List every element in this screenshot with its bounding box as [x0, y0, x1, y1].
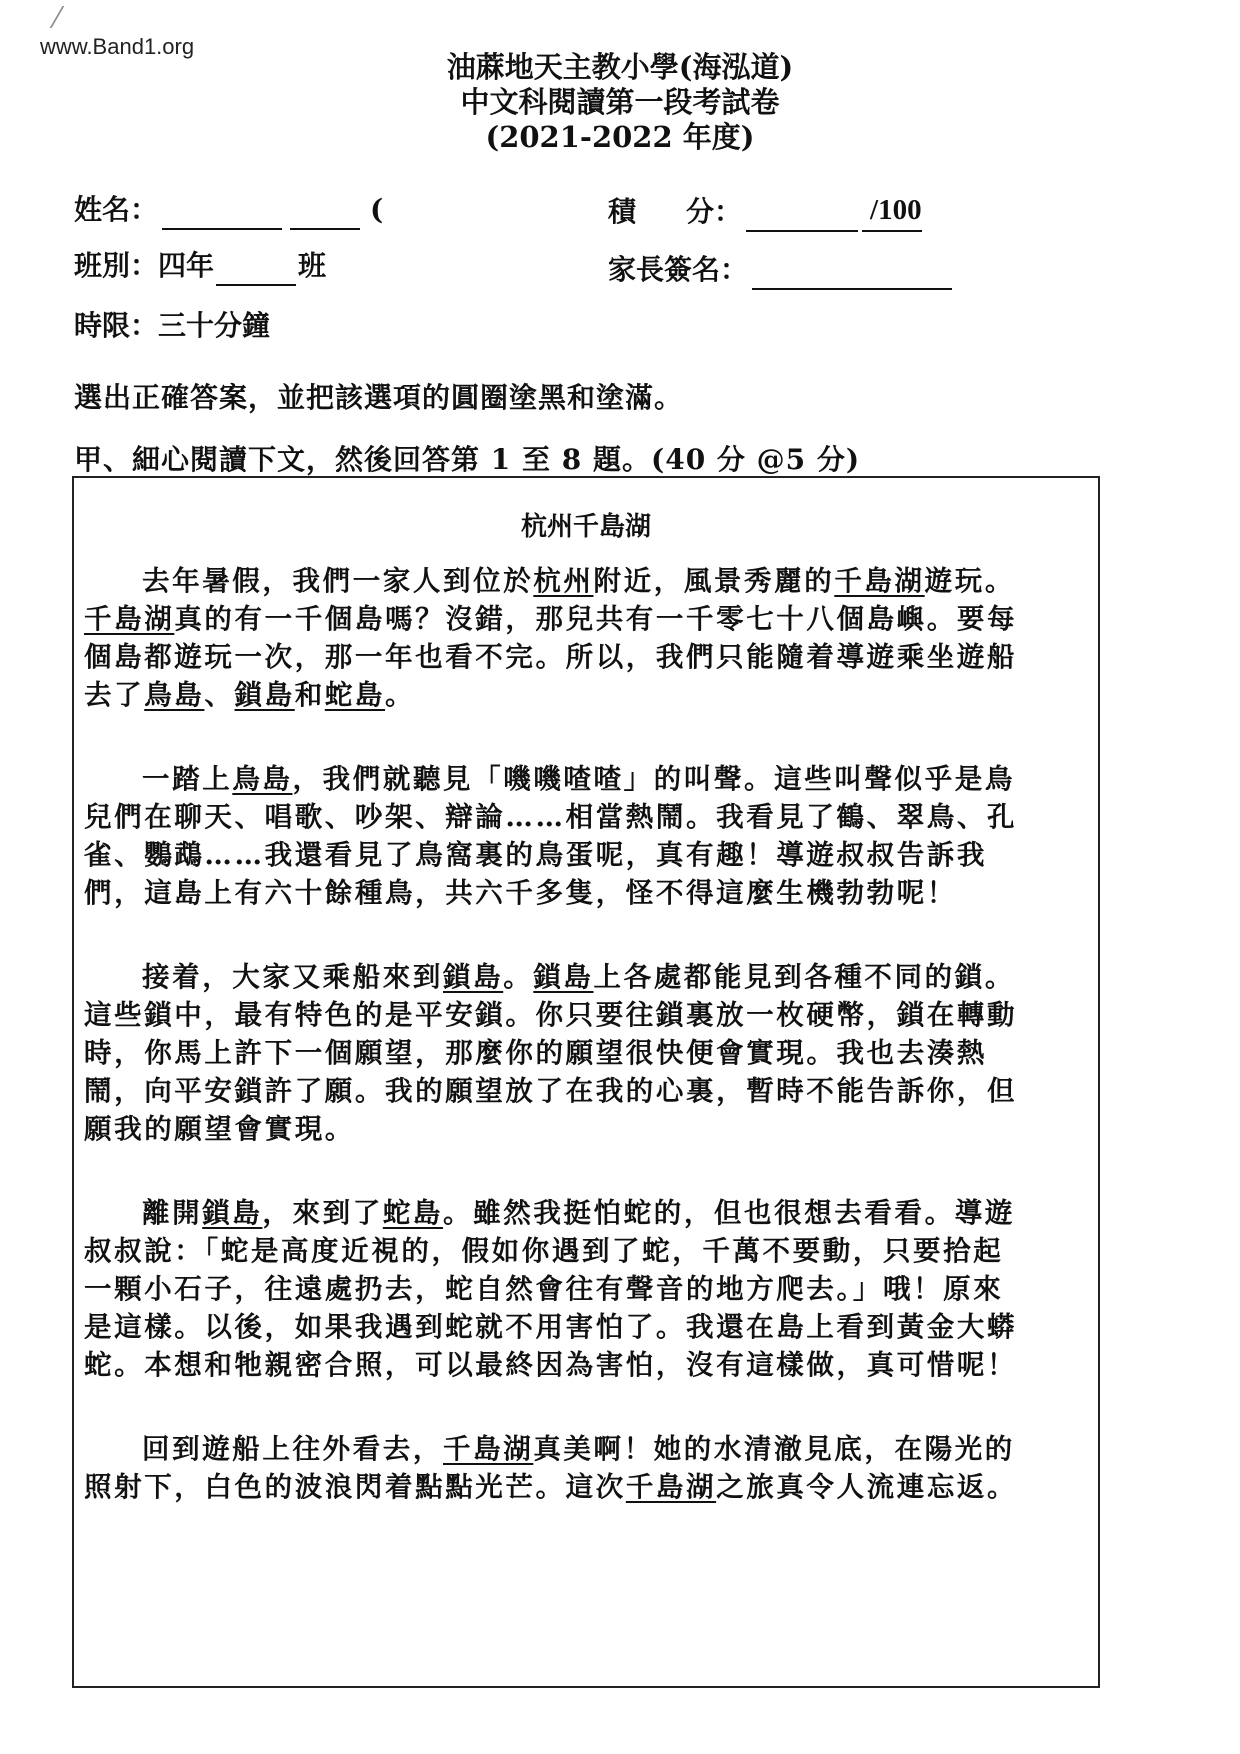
passage-line: 去了鳥島、鎖島和蛇島。 — [84, 676, 1089, 714]
paragraph-5: 回到遊船上往外看去，千島湖真美啊！她的水清澈見底，在陽光的照射下，白色的波浪閃着… — [84, 1430, 1089, 1506]
passage-line: 鬧，向平安鎖許了願。我的願望放了在我的心裏，暫時不能告訴你，但 — [84, 1072, 1089, 1110]
passage-line: 願我的願望會實現。 — [84, 1110, 1089, 1148]
passage-text: 離開 — [142, 1197, 202, 1229]
proper-noun-underlined: 鎖島 — [533, 961, 593, 993]
passage-text: 接着，大家又乘船來到 — [142, 961, 443, 993]
passage-line: 照射下，白色的波浪閃着點點光芒。這次千島湖之旅真令人流連忘返。 — [84, 1468, 1089, 1506]
class-field: 班別： 四年 班 — [74, 246, 326, 286]
passage-text: 去了 — [84, 679, 144, 711]
time-limit-field: 時限： 三十分鐘 — [74, 306, 270, 346]
name-blank-1[interactable] — [162, 200, 282, 230]
class-suffix: 班 — [298, 246, 326, 286]
proper-noun-underlined: 蛇島 — [325, 679, 385, 711]
proper-noun-underlined: 鎖島 — [443, 961, 503, 993]
proper-noun-underlined: 千島湖 — [443, 1433, 533, 1465]
passage-title: 杭州千島湖 — [74, 506, 1098, 543]
class-blank[interactable] — [216, 256, 296, 286]
passage-line: 這些鎖中，最有特色的是平安鎖。你只要往鎖裏放一枚硬幣，鎖在轉動 — [84, 996, 1089, 1034]
exam-header: 油蔴地天主教小學(海泓道) 中文科閱讀第一段考試卷 (2021-2022 年度) — [0, 50, 1240, 155]
score-total: /100 — [862, 190, 922, 232]
paragraph-3: 接着，大家又乘船來到鎖島。鎖島上各處都能見到各種不同的鎖。這些鎖中，最有特色的是… — [84, 958, 1089, 1148]
passage-text: 時，你馬上許下一個願望，那麼你的願望很快便會實現。我也去湊熱 — [84, 1037, 987, 1069]
scan-pen-mark — [50, 6, 79, 28]
paragraph-1: 去年暑假，我們一家人到位於杭州附近，風景秀麗的千島湖遊玩。千島湖真的有一千個島嗎… — [84, 562, 1089, 714]
proper-noun-underlined: 鳥島 — [144, 679, 204, 711]
passage-text: 。 — [385, 679, 415, 711]
passage-text: 去年暑假，我們一家人到位於 — [142, 565, 533, 597]
passage-text: 和 — [295, 679, 325, 711]
passage-text: 願我的願望會實現。 — [84, 1113, 355, 1145]
passage-text: 鬧，向平安鎖許了願。我的願望放了在我的心裏，暫時不能告訴你，但 — [84, 1075, 1017, 1107]
passage-text: 。雖然我挺怕蛇的，但也很想去看看。導遊 — [443, 1197, 1015, 1229]
passage-text: 一踏上 — [142, 763, 232, 795]
score-label-1: 積 — [608, 192, 636, 232]
parent-signature-label: 家長簽名： — [608, 250, 748, 290]
passage-text: 、 — [204, 679, 234, 711]
passage-line: 回到遊船上往外看去，千島湖真美啊！她的水清澈見底，在陽光的 — [84, 1430, 1089, 1468]
class-label: 班別： — [74, 246, 158, 286]
passage-text: 叔叔說：「蛇是高度近視的，假如你遇到了蛇，千萬不要動，只要拾起 — [84, 1235, 1003, 1267]
exam-title: 中文科閱讀第一段考試卷 — [0, 85, 1240, 120]
passage-line: 蛇。本想和牠親密合照，可以最終因為害怕，沒有這樣做，真可惜呢！ — [84, 1346, 1089, 1384]
passage-line: 個島都遊玩一次，那一年也看不完。所以，我們只能隨着導遊乘坐遊船 — [84, 638, 1089, 676]
paragraph-2: 一踏上鳥島，我們就聽見「嘰嘰喳喳」的叫聲。這些叫聲似乎是鳥兒們在聊天、唱歌、吵架… — [84, 760, 1089, 912]
time-value: 三十分鐘 — [158, 306, 270, 346]
paragraph-4: 離開鎖島，來到了蛇島。雖然我挺怕蛇的，但也很想去看看。導遊叔叔說：「蛇是高度近視… — [84, 1194, 1089, 1384]
passage-line: 千島湖真的有一千個島嗎？沒錯，那兒共有一千零七十八個島嶼。要每 — [84, 600, 1089, 638]
academic-year: (2021-2022 年度) — [0, 120, 1240, 155]
score-field: 積 分： /100 — [608, 192, 922, 232]
school-name: 油蔴地天主教小學(海泓道) — [0, 50, 1240, 85]
answer-instruction: 選出正確答案，並把該選項的圓圈塗黑和塗滿。 — [74, 376, 683, 416]
score-blank[interactable] — [746, 202, 858, 232]
passage-text: 一顆小石子，往遠處扔去，蛇自然會往有聲音的地方爬去。」哦！原來 — [84, 1273, 1003, 1305]
passage-text: 。 — [503, 961, 533, 993]
passage-text: 上各處都能見到各種不同的鎖。 — [594, 961, 1015, 993]
passage-line: 時，你馬上許下一個願望，那麼你的願望很快便會實現。我也去湊熱 — [84, 1034, 1089, 1072]
passage-text: 兒們在聊天、唱歌、吵架、辯論……相當熱鬧。我看見了鶴、翠鳥、孔 — [84, 801, 1017, 833]
name-blank-2[interactable] — [290, 200, 360, 230]
passage-line: 一踏上鳥島，我們就聽見「嘰嘰喳喳」的叫聲。這些叫聲似乎是鳥 — [84, 760, 1089, 798]
class-number-paren: ( — [370, 190, 383, 230]
proper-noun-underlined: 蛇島 — [383, 1197, 443, 1229]
class-grade: 四年 — [158, 246, 214, 286]
passage-line: 是這樣。以後，如果我遇到蛇就不用害怕了。我還在島上看到黃金大蟒 — [84, 1308, 1089, 1346]
passage-line: 一顆小石子，往遠處扔去，蛇自然會往有聲音的地方爬去。」哦！原來 — [84, 1270, 1089, 1308]
passage-text: 們，這島上有六十餘種鳥，共六千多隻，怪不得這麼生機勃勃呢！ — [84, 877, 957, 909]
proper-noun-underlined: 千島湖 — [834, 565, 924, 597]
score-label-2: 分： — [686, 192, 742, 232]
passage-text: 回到遊船上往外看去， — [142, 1433, 443, 1465]
name-label: 姓名： — [74, 190, 158, 230]
section-heading: 甲、細心閱讀下文，然後回答第 1 至 8 題。(40 分 @5 分) — [74, 438, 860, 478]
passage-text: 附近，風景秀麗的 — [594, 565, 835, 597]
proper-noun-underlined: 千島湖 — [84, 603, 174, 635]
passage-text: 之旅真令人流連忘返。 — [716, 1471, 1017, 1503]
passage-text: ，我們就聽見「嘰嘰喳喳」的叫聲。這些叫聲似乎是鳥 — [293, 763, 1015, 795]
passage-line: 們，這島上有六十餘種鳥，共六千多隻，怪不得這麼生機勃勃呢！ — [84, 874, 1089, 912]
proper-noun-underlined: 鎖島 — [202, 1197, 262, 1229]
passage-text: 是這樣。以後，如果我遇到蛇就不用害怕了。我還在島上看到黃金大蟒 — [84, 1311, 1017, 1343]
passage-line: 接着，大家又乘船來到鎖島。鎖島上各處都能見到各種不同的鎖。 — [84, 958, 1089, 996]
proper-noun-underlined: 鎖島 — [235, 679, 295, 711]
passage-line: 雀、鸚鵡……我還看見了鳥窩裏的鳥蛋呢，真有趣！導遊叔叔告訴我 — [84, 836, 1089, 874]
passage-text: 真美啊！她的水清澈見底，在陽光的 — [533, 1433, 1015, 1465]
passage-line: 去年暑假，我們一家人到位於杭州附近，風景秀麗的千島湖遊玩。 — [84, 562, 1089, 600]
parent-signature-field: 家長簽名： — [608, 250, 956, 290]
proper-noun-underlined: 鳥島 — [232, 763, 292, 795]
passage-line: 兒們在聊天、唱歌、吵架、辯論……相當熱鬧。我看見了鶴、翠鳥、孔 — [84, 798, 1089, 836]
passage-text: 雀、鸚鵡……我還看見了鳥窩裏的鳥蛋呢，真有趣！導遊叔叔告訴我 — [84, 839, 987, 871]
passage-text: 蛇。本想和牠親密合照，可以最終因為害怕，沒有這樣做，真可惜呢！ — [84, 1349, 1017, 1381]
passage-text: 照射下，白色的波浪閃着點點光芒。這次 — [84, 1471, 626, 1503]
name-field: 姓名： ( — [74, 190, 383, 230]
passage-text: 真的有一千個島嗎？沒錯，那兒共有一千零七十八個島嶼。要每 — [174, 603, 1017, 635]
parent-signature-blank[interactable] — [752, 260, 952, 290]
proper-noun-underlined: 杭州 — [533, 565, 593, 597]
passage-text: 這些鎖中，最有特色的是平安鎖。你只要往鎖裏放一枚硬幣，鎖在轉動 — [84, 999, 1017, 1031]
passage-text: 個島都遊玩一次，那一年也看不完。所以，我們只能隨着導遊乘坐遊船 — [84, 641, 1017, 673]
passage-text: 遊玩。 — [925, 565, 1015, 597]
passage-line: 離開鎖島，來到了蛇島。雖然我挺怕蛇的，但也很想去看看。導遊 — [84, 1194, 1089, 1232]
proper-noun-underlined: 千島湖 — [626, 1471, 716, 1503]
passage-line: 叔叔說：「蛇是高度近視的，假如你遇到了蛇，千萬不要動，只要拾起 — [84, 1232, 1089, 1270]
time-label: 時限： — [74, 306, 158, 346]
reading-passage-box: 杭州千島湖 去年暑假，我們一家人到位於杭州附近，風景秀麗的千島湖遊玩。千島湖真的… — [72, 476, 1100, 1688]
passage-text: ，來到了 — [262, 1197, 382, 1229]
